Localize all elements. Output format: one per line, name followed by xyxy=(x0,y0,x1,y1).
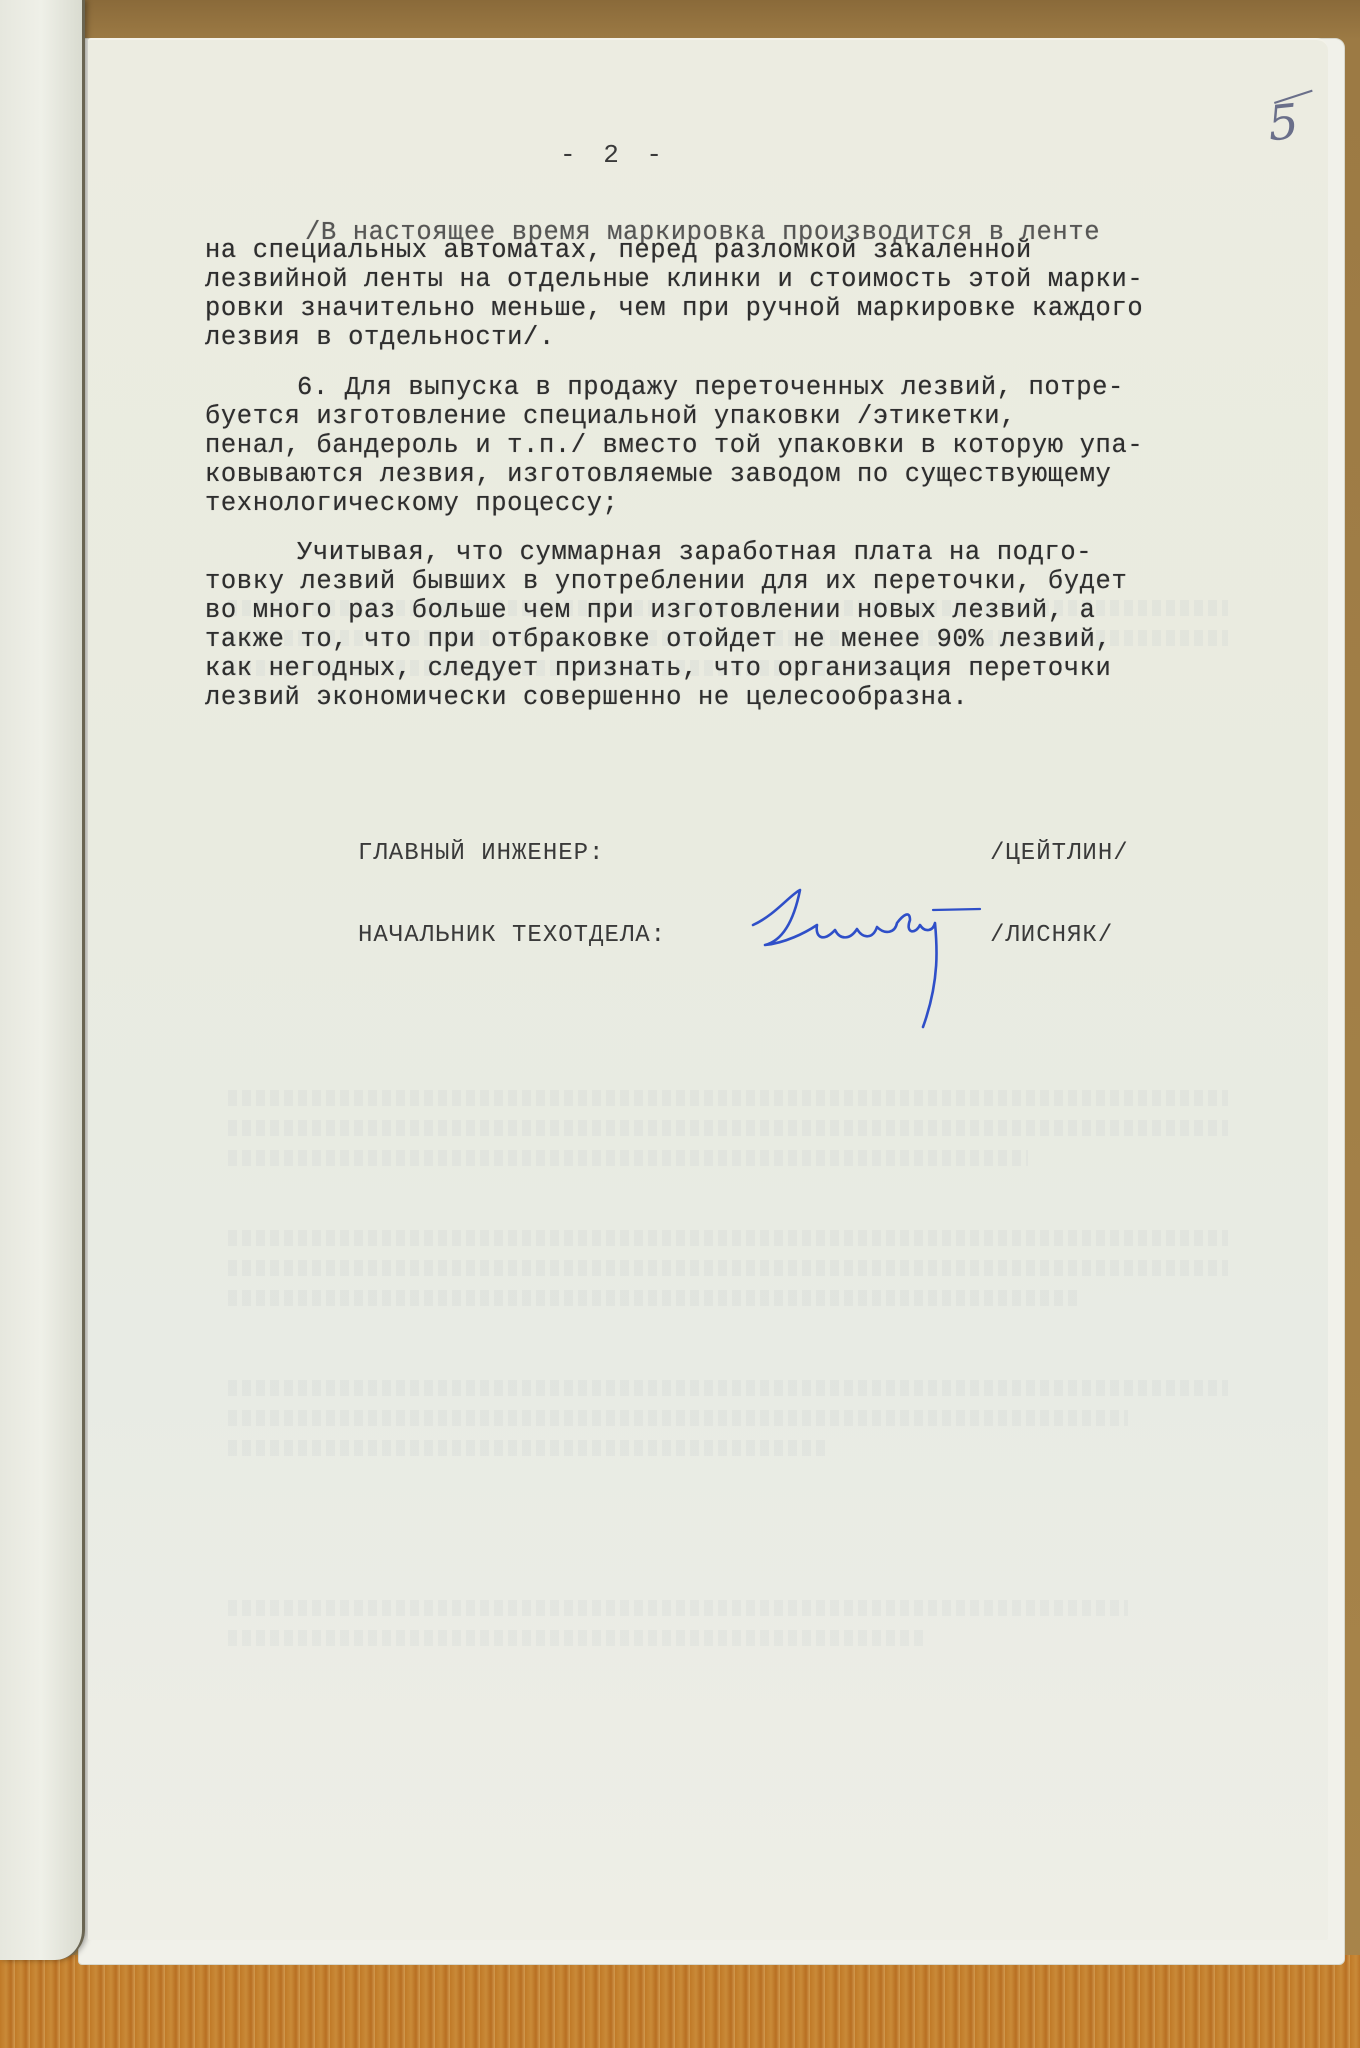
item-6-line: буется изготовление специальной упаковки… xyxy=(205,404,1016,430)
conclusion-line: лезвий экономически совершенно не целесо… xyxy=(205,685,968,711)
item-6-line: пенал, бандероль и т.п./ вместо той упак… xyxy=(205,433,1143,459)
item-6-line: ковываются лезвия, изготовляемые заводом… xyxy=(205,462,1111,488)
bleed-through-texture xyxy=(228,1230,1228,1246)
item-6-line: технологическому процессу; xyxy=(205,491,618,517)
chief-engineer-title: ГЛАВНЫЙ ИНЖЕНЕР: xyxy=(358,840,604,867)
conclusion-line: Учитывая, что суммарная заработная плата… xyxy=(297,540,1092,566)
tech-dept-head-title: НАЧАЛЬНИК ТЕХОТДЕЛА: xyxy=(358,922,666,949)
handwritten-sheet-number: 5 xyxy=(1265,94,1301,153)
bleed-through-texture xyxy=(228,1260,1228,1276)
bleed-through-texture xyxy=(228,1290,1078,1306)
marking-note-line: лезвия в отдельности/. xyxy=(205,325,555,351)
bleed-through-texture xyxy=(228,1600,1128,1616)
page-number: - 2 - xyxy=(560,140,668,170)
bleed-through-texture xyxy=(228,1090,1228,1106)
conclusion-line: во много раз больше чем при изготовлении… xyxy=(205,598,1096,624)
bleed-through-texture xyxy=(228,1410,1128,1426)
item-6-line: 6. Для выпуска в продажу переточенных ле… xyxy=(297,375,1124,401)
bleed-through-texture xyxy=(228,1120,1228,1136)
bleed-through-texture xyxy=(228,1380,1228,1396)
bleed-through-texture xyxy=(228,1630,928,1646)
bleed-through-texture xyxy=(228,1150,1028,1166)
handwritten-signature-icon xyxy=(745,885,1015,1035)
wooden-table-surface xyxy=(0,1955,1360,2048)
bleed-through-texture xyxy=(228,1440,828,1456)
marking-note-line: лезвийной ленты на отдельные клинки и ст… xyxy=(205,267,1143,293)
marking-note-line: на специальных автоматах, перед разломко… xyxy=(205,238,1032,264)
conclusion-line: также то, что при отбраковке отойдет не … xyxy=(205,627,1111,653)
conclusion-line: как негодных, следует признать, что орга… xyxy=(205,656,1111,682)
chief-engineer-name: /ЦЕЙТЛИН/ xyxy=(990,840,1129,867)
marking-note-line: ровки значительно меньше, чем при ручной… xyxy=(205,296,1143,322)
left-curled-page xyxy=(0,0,85,1960)
conclusion-line: товку лезвий бывших в употреблении для и… xyxy=(205,569,1127,595)
